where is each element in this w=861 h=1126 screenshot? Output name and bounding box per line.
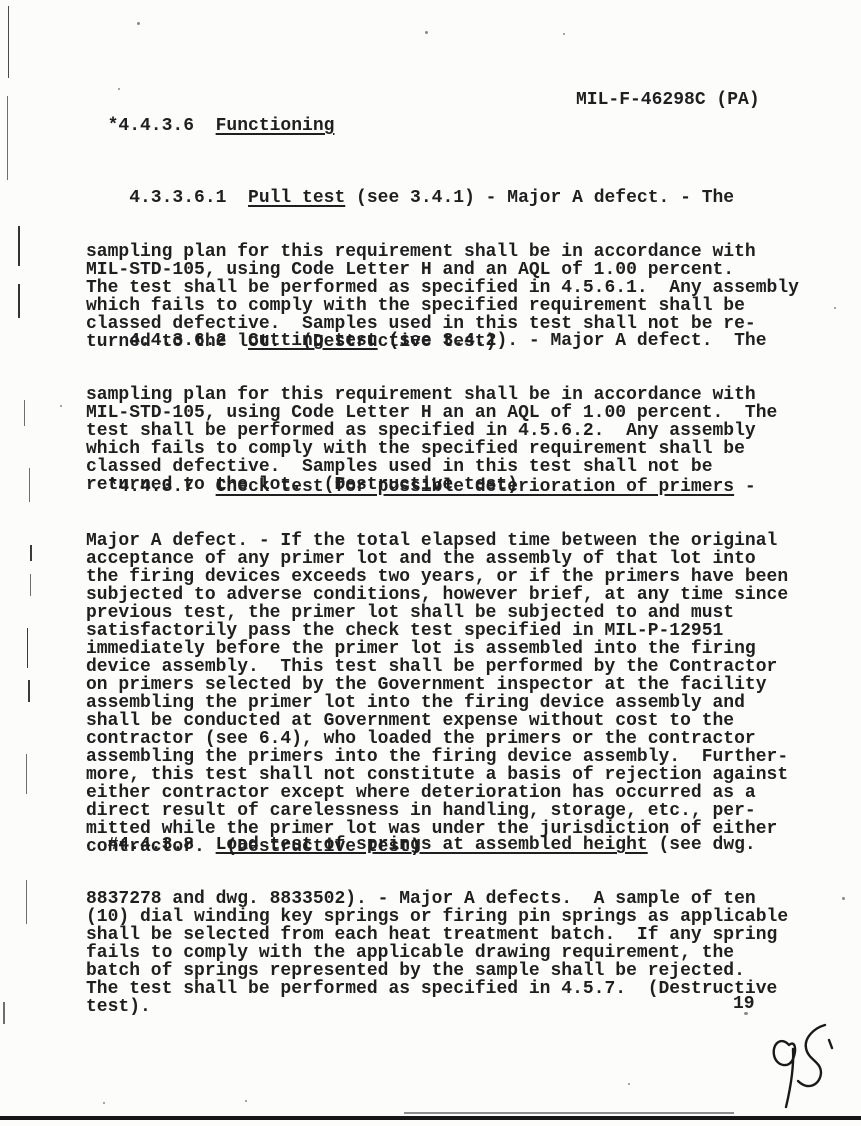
paragraph-first-line: 4.4.3.6.2 Cutting test (see 3.4.2). - Ma… bbox=[86, 332, 777, 350]
scan-speck bbox=[425, 31, 428, 34]
scan-artifact-line bbox=[26, 880, 27, 924]
scan-speck bbox=[103, 1102, 105, 1104]
paragraph-title: Load test of springs at assembled height bbox=[216, 835, 648, 855]
paragraph-number: 4.4.3.6.2 bbox=[86, 331, 248, 351]
section-heading: *4.4.3.6 Functioning bbox=[86, 117, 334, 135]
scan-artifact-line bbox=[18, 226, 20, 266]
section-heading-title: Functioning bbox=[216, 116, 335, 136]
scan-speck bbox=[137, 22, 140, 25]
scan-artifact-line bbox=[27, 628, 28, 668]
paragraph-number: #4.4.3.8 bbox=[86, 835, 216, 855]
scan-speck bbox=[245, 1100, 247, 1102]
scan-artifact-line bbox=[8, 6, 9, 78]
scan-speck bbox=[744, 1012, 748, 1015]
paragraph-title: Cutting test bbox=[248, 331, 378, 351]
paragraph-lead-text: (see 3.4.2). - Major A defect. The bbox=[378, 331, 767, 351]
scan-speck bbox=[834, 307, 836, 309]
scan-artifact-line bbox=[18, 284, 20, 318]
handwritten-mark bbox=[768, 1018, 840, 1118]
scan-speck bbox=[628, 1083, 630, 1085]
scan-speck bbox=[563, 33, 565, 35]
scan-artifact-line bbox=[30, 574, 31, 596]
paragraph-number: 4.3.3.6.1 bbox=[86, 188, 248, 208]
paragraph-first-line: #4.4.3.8 Load test of springs at assembl… bbox=[86, 836, 788, 854]
scan-speck bbox=[118, 88, 120, 90]
paragraph-lead-text: (see 3.4.1) - Major A defect. - The bbox=[345, 188, 734, 208]
scan-artifact-line bbox=[26, 754, 27, 794]
scan-speck bbox=[60, 405, 62, 407]
scan-edge-line-gray bbox=[404, 1112, 734, 1114]
paragraph-number: *4.4.3.7 bbox=[86, 477, 216, 497]
doc-number: MIL-F-46298C (PA) bbox=[576, 91, 760, 109]
scan-speck bbox=[842, 897, 845, 900]
document-page: MIL-F-46298C (PA) *4.4.3.6 Functioning 4… bbox=[0, 0, 861, 1126]
paragraph-lead-text: (see dwg. bbox=[648, 835, 756, 855]
scan-artifact-line bbox=[24, 400, 25, 426]
paragraph-lead-text: - bbox=[734, 477, 756, 497]
scan-artifact-line bbox=[3, 1002, 5, 1024]
paragraph-title: Check test for possible deterioration of… bbox=[216, 477, 734, 497]
scan-artifact-line bbox=[30, 545, 32, 561]
paragraph-load-test: #4.4.3.8 Load test of springs at assembl… bbox=[86, 800, 788, 1052]
paragraph-title: Pull test bbox=[248, 188, 345, 208]
scan-artifact-line bbox=[28, 680, 30, 702]
page-number: 19 bbox=[733, 995, 755, 1013]
scan-artifact-line bbox=[29, 468, 30, 502]
paragraph-first-line: *4.4.3.7 Check test for possible deterio… bbox=[86, 478, 788, 496]
paragraph-first-line: 4.3.3.6.1 Pull test (see 3.4.1) - Major … bbox=[86, 189, 799, 207]
paragraph-body: 8837278 and dwg. 8833502). - Major A def… bbox=[86, 890, 788, 1016]
scan-edge-line-black bbox=[0, 1116, 861, 1120]
section-heading-number: *4.4.3.6 bbox=[86, 116, 216, 136]
scan-artifact-line bbox=[7, 96, 8, 180]
